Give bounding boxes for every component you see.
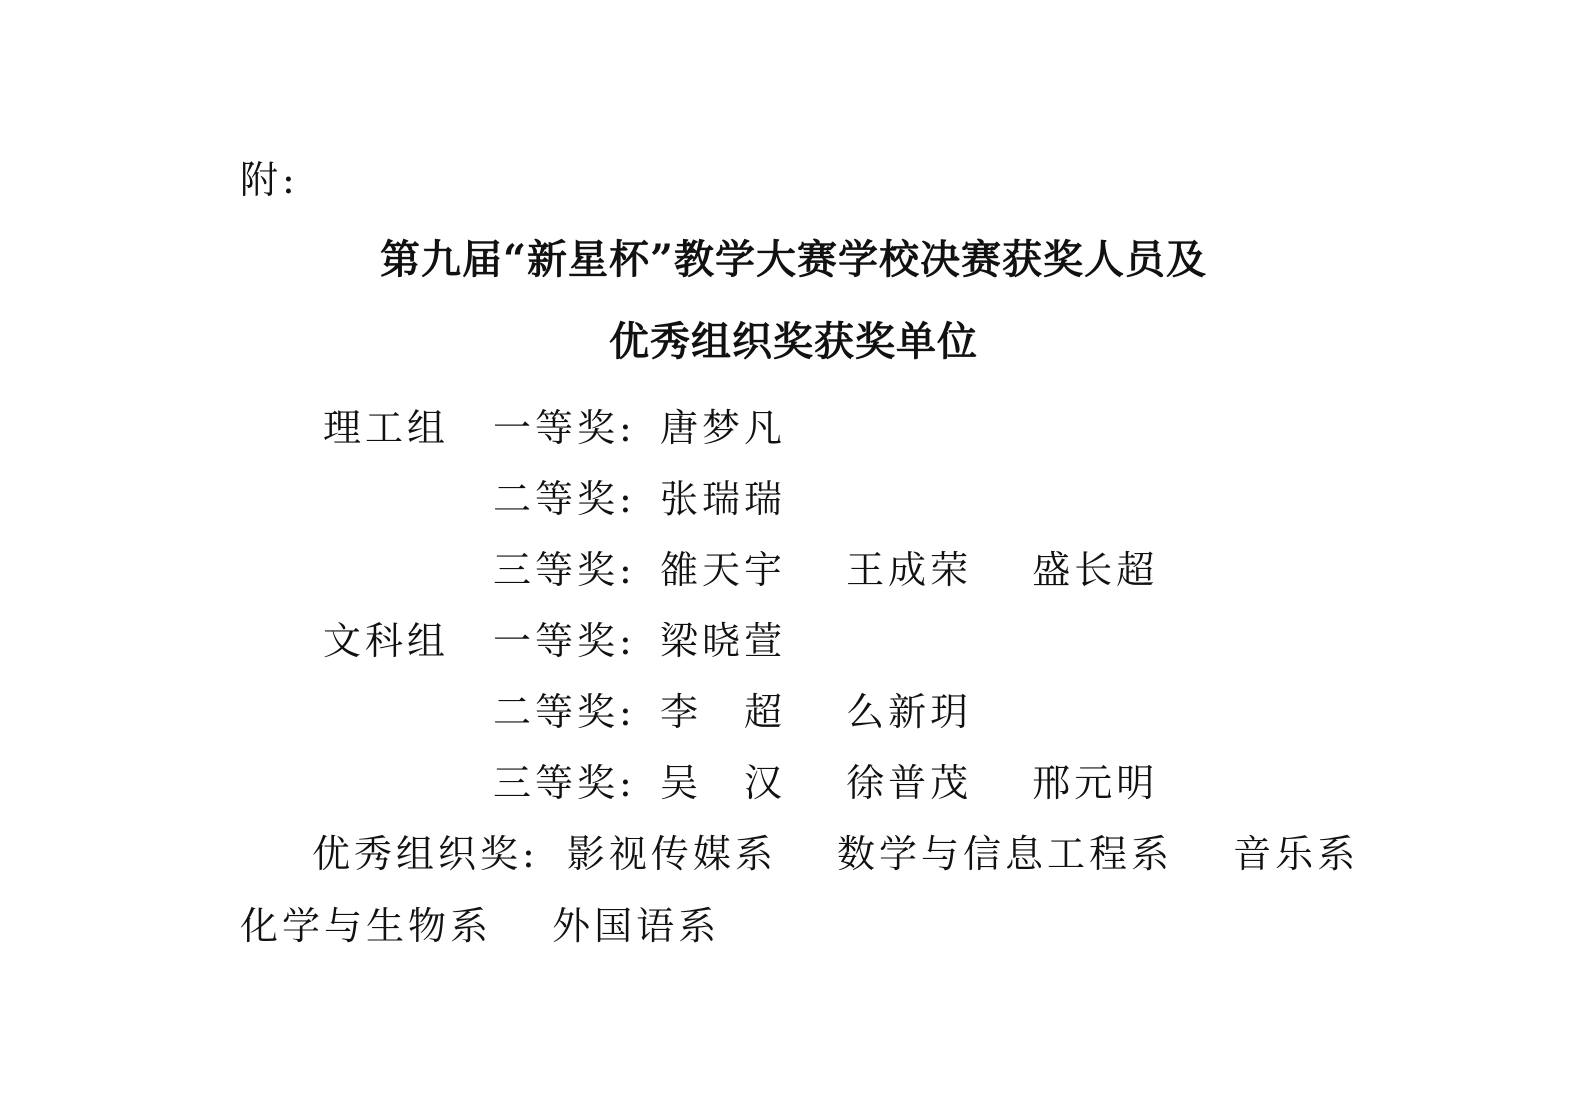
winner-list: 吴 汉 徐普茂 邢元明 (660, 761, 1202, 805)
award-unit: 外国语系 (552, 904, 720, 948)
organization-award-label: 优秀组织奖: (312, 832, 539, 876)
group-label-science: 理工组 (323, 406, 449, 450)
organization-award-line1: 优秀组织奖: 影视传媒系 数学与信息工程系 音乐系 (312, 832, 1403, 876)
winner-name: 唐梦凡 (660, 406, 786, 450)
winner-list: 雒天宇 王成荣 盛长超 (660, 548, 1202, 592)
award-unit: 音乐系 (1233, 832, 1359, 876)
award-unit: 化学与生物系 (240, 904, 492, 948)
award-unit: 影视传媒系 (567, 832, 777, 876)
winner-name: 盛长超 (1032, 548, 1158, 592)
winner-list: 唐梦凡 (660, 406, 830, 450)
winner-name: 梁晓萱 (660, 619, 786, 663)
organization-award-line2: 化学与生物系 外国语系 (240, 904, 764, 948)
winner-name: 吴 汉 (660, 761, 786, 805)
award-unit: 数学与信息工程系 (837, 832, 1173, 876)
winner-list: 张瑞瑞 (660, 477, 830, 521)
winner-name: 徐普茂 (846, 761, 972, 805)
annex-label: 附: (240, 158, 299, 202)
winner-name: 雒天宇 (660, 548, 786, 592)
prize-label: 二等奖: (493, 690, 636, 734)
document-title-line2: 优秀组织奖获奖单位 (0, 318, 1587, 366)
winner-name: 李 超 (660, 690, 786, 734)
prize-label: 三等奖: (493, 761, 636, 805)
winner-name: 张瑞瑞 (660, 477, 786, 521)
winner-list: 李 超 么新玥 (660, 690, 1016, 734)
document-title-line1: 第九届“新星杯”教学大赛学校决赛获奖人员及 (0, 236, 1587, 284)
winner-name: 么新玥 (846, 690, 972, 734)
winner-name: 邢元明 (1032, 761, 1158, 805)
prize-label: 三等奖: (493, 548, 636, 592)
winner-list: 梁晓萱 (660, 619, 830, 663)
prize-label: 二等奖: (493, 477, 636, 521)
group-label-liberal-arts: 文科组 (323, 619, 449, 663)
winner-name: 王成荣 (846, 548, 972, 592)
prize-label: 一等奖: (493, 619, 636, 663)
prize-label: 一等奖: (493, 406, 636, 450)
